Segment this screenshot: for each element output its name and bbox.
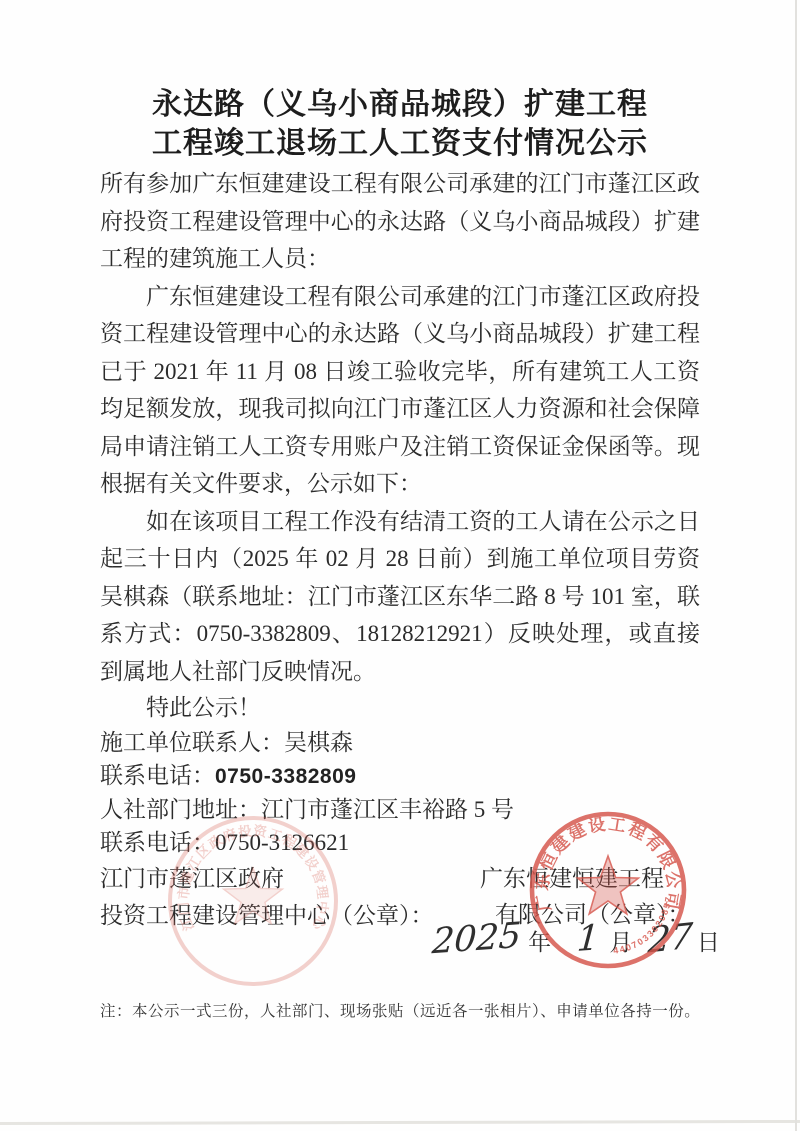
signature-government-column: 江门市蓬江区政府 投资工程建设管理中心（公章）： [100,861,434,934]
paragraph-addressees: 所有参加广东恒建建设工程有限公司承建的江门市蓬江区政府投资工程建设管理中心的永达… [100,165,700,278]
document-body: 永达路（义乌小商品城段）扩建工程 工程竣工退场工人工资支付情况公示 所有参加广东… [100,85,700,1009]
contact-phone-2-value: 0750-3126621 [215,830,349,855]
footnote: 注：本公示一式三份，人社部门、现场张贴（远近各一张相片）、申请单位各持一份。 [100,999,700,1021]
contact-info-block: 施工单位联系人：吴棋森 联系电话：0750-3382809 人社部门地址：江门市… [100,726,700,859]
contact-person-label: 施工单位联系人： [100,730,284,755]
contact-phone-1-label: 联系电话： [100,763,215,788]
scanned-notice-page: 永达路（义乌小商品城段）扩建工程 工程竣工退场工人工资支付情况公示 所有参加广东… [0,0,800,1131]
handwritten-year: 2025 [431,916,523,963]
contact-phone-2-label: 联系电话： [100,830,215,855]
contact-person-value: 吴棋森 [284,730,353,755]
contact-phone-line-1: 联系电话：0750-3382809 [100,759,700,793]
paragraph-hereby-announced: 特此公示！ [100,693,700,723]
government-seal-label-line: 投资工程建设管理中心（公章）： [100,898,434,935]
paragraph-claim-instructions: 如在该项目工程工作没有结清工资的工人请在公示之日起三十日内（2025 年 02 … [100,503,700,691]
year-label: 年 [528,924,551,957]
title-line-1: 永达路（义乌小商品城段）扩建工程 [100,85,700,124]
day-label: 日 [697,924,720,957]
contact-person-line: 施工单位联系人：吴棋森 [100,726,700,759]
paragraph-completion-statement: 广东恒建建设工程有限公司承建的江门市蓬江区政府投资工程建设管理中心的永达路（义乌… [100,278,700,503]
scan-edge-right [795,0,797,1131]
handwritten-month: 1 [576,918,601,960]
hr-dept-address-label: 人社部门地址： [100,797,261,822]
contact-phone-1-value: 0750-3382809 [215,765,356,788]
contact-phone-line-2: 联系电话：0750-3126621 [100,826,700,859]
government-name-line: 江门市蓬江区政府 [100,861,434,898]
document-title: 永达路（义乌小商品城段）扩建工程 工程竣工退场工人工资支付情况公示 [100,85,700,163]
signature-block: 江门市蓬江区政府 投资工程建设管理中心（公章）： 广东恒建恒建工程 有限公司（公… [100,861,700,1009]
title-line-2: 工程竣工退场工人工资支付情况公示 [100,124,700,163]
hr-dept-address-line: 人社部门地址：江门市蓬江区丰裕路 5 号 [100,793,700,826]
company-name-line: 广东恒建恒建工程 [480,861,691,897]
month-label: 月 [609,924,632,957]
handwritten-date-line: 2025年1月27日 [432,919,720,959]
handwritten-day: 27 [647,916,694,961]
scan-edge-bottom [0,1120,800,1125]
hr-dept-address-value: 江门市蓬江区丰裕路 5 号 [261,797,514,822]
